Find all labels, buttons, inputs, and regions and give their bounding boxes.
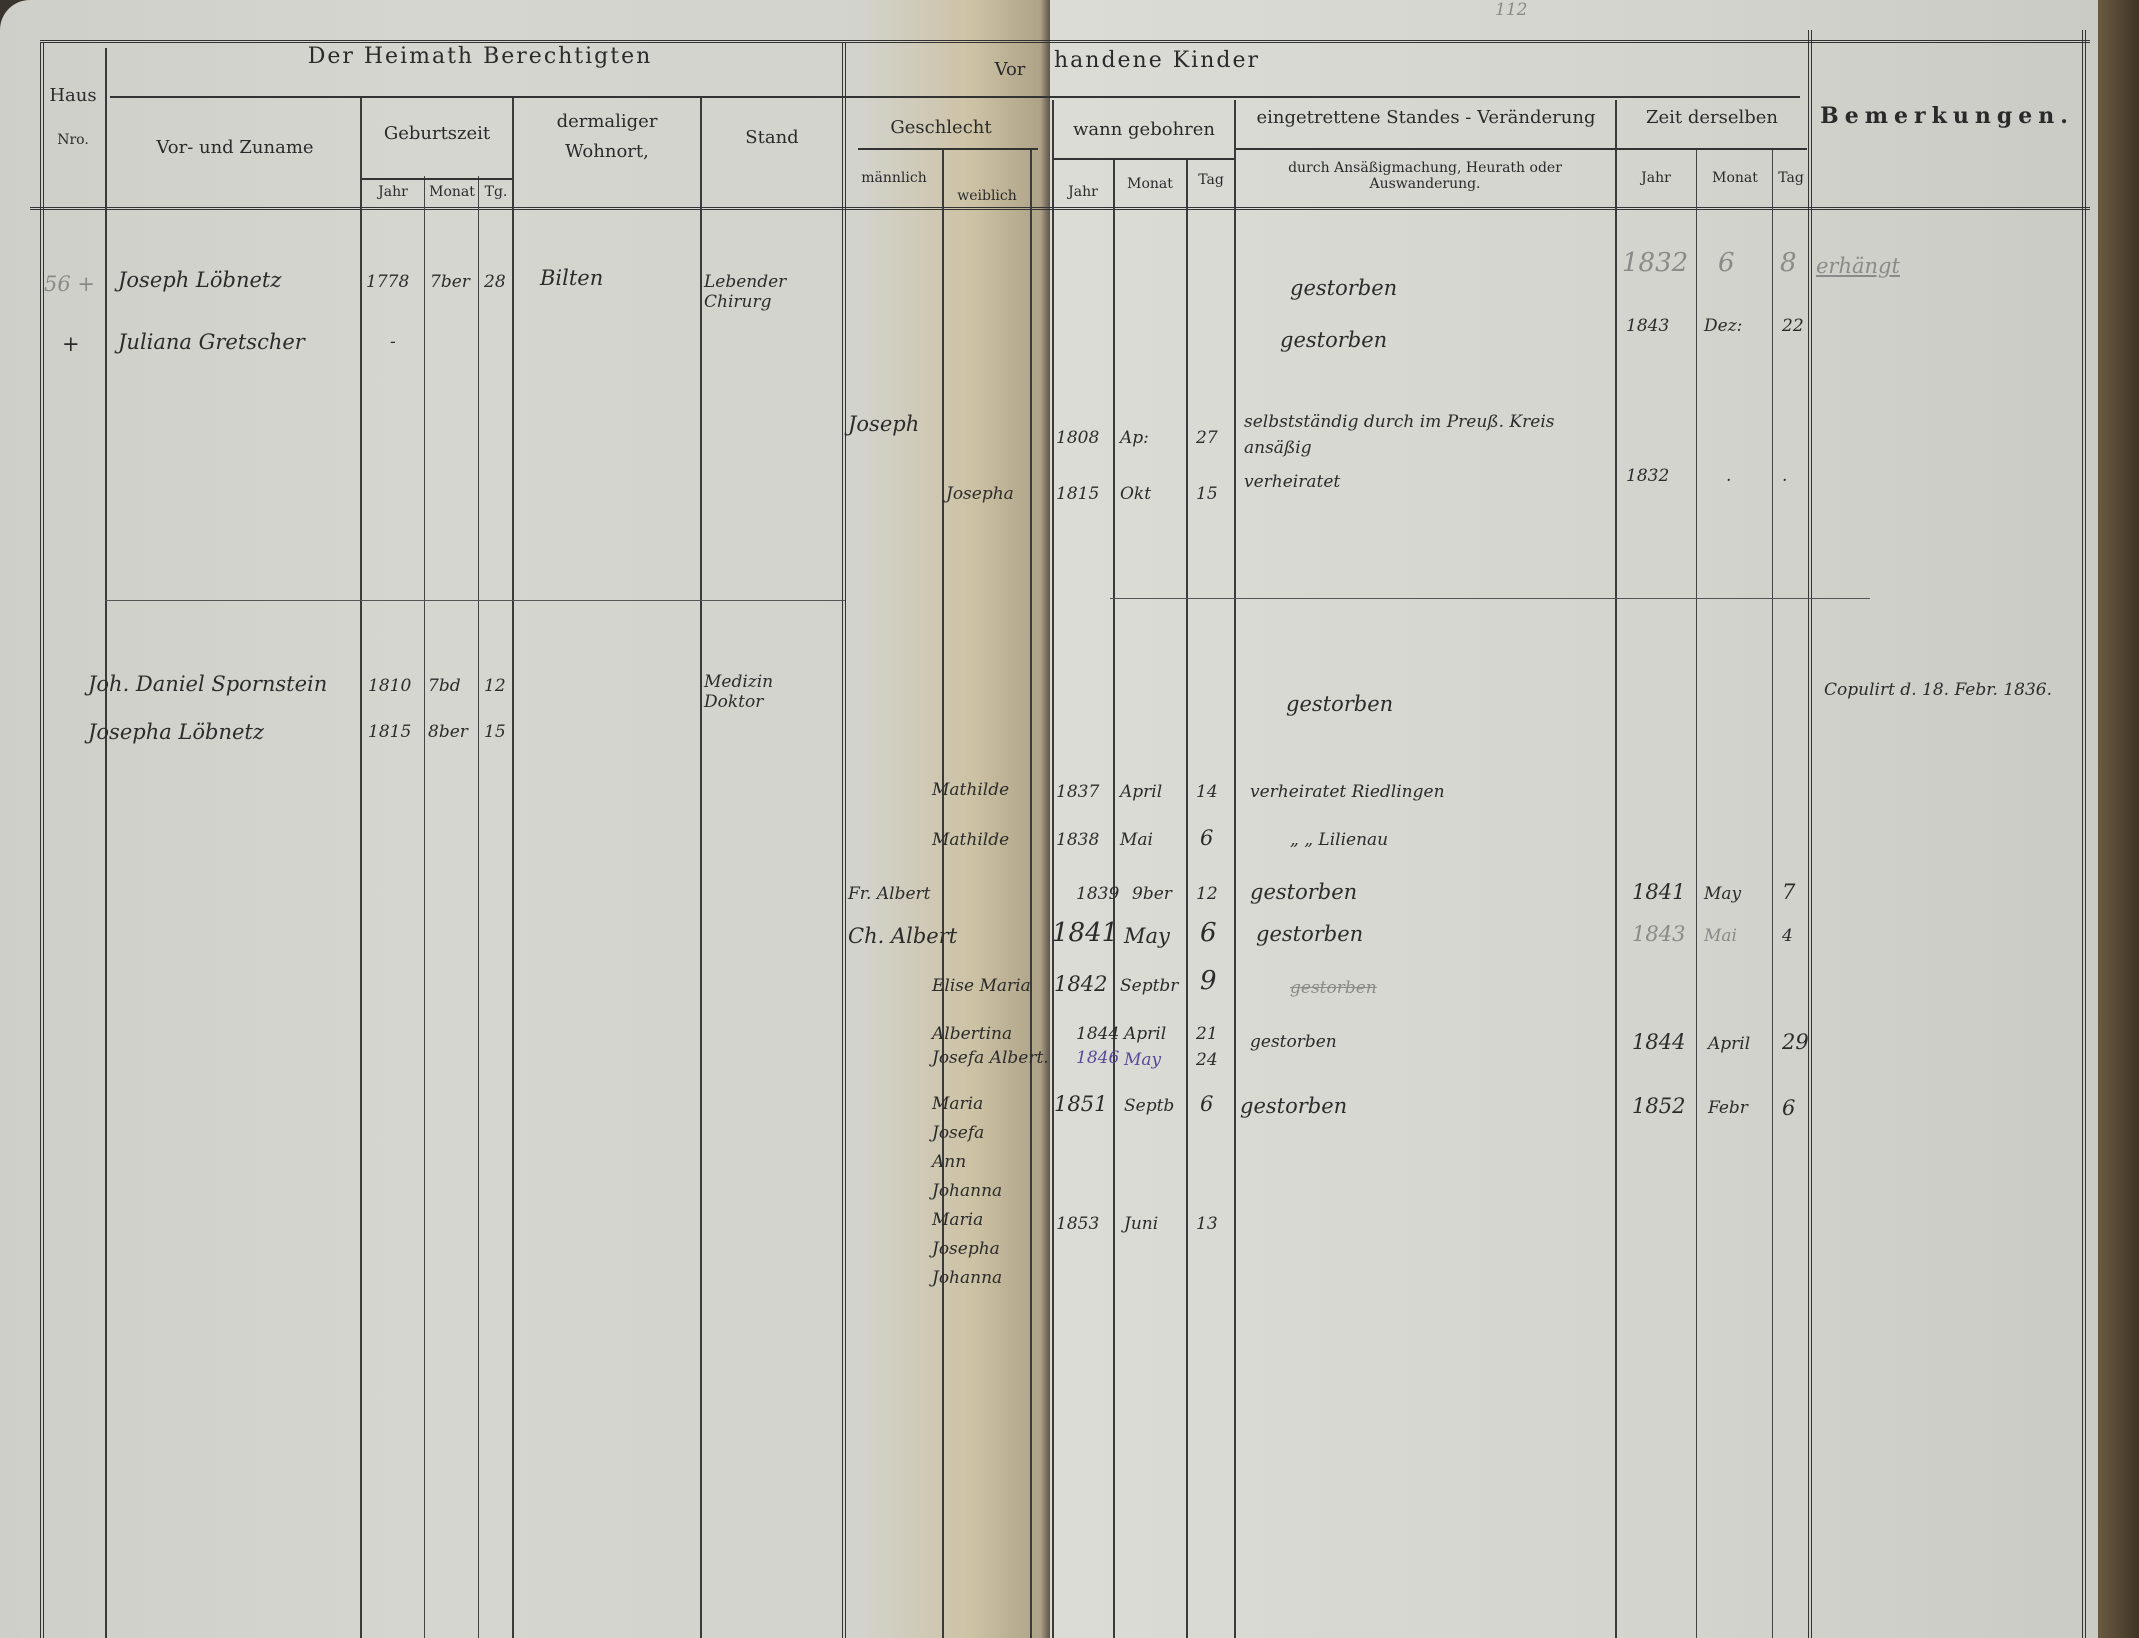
child2-7-jahr: 1846	[1076, 1048, 1119, 1068]
col-geburt-divider	[512, 98, 514, 1638]
col-wann-divider	[1234, 100, 1236, 1638]
wife2-jahr: 1815	[368, 722, 411, 742]
child2-2-jahr: 1838	[1056, 830, 1099, 850]
child2-6-female: Albertina	[932, 1024, 1012, 1044]
head-name: Joseph Löbnetz	[118, 268, 281, 292]
child2-4-tag: 6	[1200, 918, 1217, 948]
child2-8-zeit-tag: 6	[1782, 1096, 1795, 1120]
header-stand: Stand	[702, 128, 842, 149]
col-veraenderung-divider	[1615, 100, 1617, 1638]
head-monat: 7ber	[430, 272, 470, 292]
head-stand: Lebender Chirurg	[704, 272, 834, 312]
header-name: Vor- und Zuname	[110, 138, 360, 159]
child2-6-veraenderung: gestorben	[1250, 1032, 1337, 1052]
household-separator-right	[1110, 598, 1870, 599]
child-2-jahr: 1815	[1056, 484, 1099, 504]
child2-8-monat: Septb	[1124, 1096, 1174, 1116]
child-2-zeit-monat: .	[1726, 466, 1731, 486]
header-zeit-jahr: Jahr	[1617, 170, 1695, 186]
header-standes-veraenderung: eingetrettene Standes - Veränderung	[1238, 108, 1614, 129]
child2-5-monat: Septbr	[1120, 976, 1178, 996]
child2-1-jahr: 1837	[1056, 782, 1099, 802]
head-tag: 28	[484, 272, 506, 292]
child-2-tag: 15	[1196, 484, 1218, 504]
child2-1-tag: 14	[1196, 782, 1218, 802]
col-zeit-divider	[1808, 30, 1812, 1638]
header-wann-monat: Monat	[1115, 176, 1185, 192]
child2-7-monat: May	[1124, 1050, 1161, 1070]
veraenderung-sub-rule	[1236, 148, 1616, 150]
wife2-tag: 15	[484, 722, 506, 742]
head2-bemerkung: Copulirt d. 18. Febr. 1836.	[1824, 680, 2064, 700]
child2-4-monat: May	[1124, 924, 1170, 948]
header-haus: Haus	[42, 86, 104, 107]
left-title: Der Heimath Berechtigten	[200, 44, 760, 69]
child-2-female: Josepha	[946, 484, 1014, 504]
header-zeit-derselben: Zeit derselben	[1617, 108, 1807, 129]
header-veraenderung-sub: durch Ansäßigmachung, Heurath oder Auswa…	[1260, 160, 1590, 192]
geschlecht-sub-rule	[858, 148, 1038, 150]
child-1-jahr: 1808	[1056, 428, 1099, 448]
child2-3-zeit-monat: May	[1704, 884, 1741, 904]
header-geburt-monat: Monat	[426, 184, 478, 200]
col-name-divider	[360, 98, 362, 1638]
wife-zeit-jahr: 1843	[1626, 316, 1669, 336]
child-2-zeit-jahr: 1832	[1626, 466, 1669, 486]
col-r-monat-divider	[1186, 160, 1188, 1638]
col-zeit-monat-divider	[1772, 150, 1773, 1638]
child2-2-veraenderung: „ „ Lilienau	[1290, 830, 1388, 850]
child2-4-zeit-tag: 4	[1782, 926, 1793, 946]
child2-5-tag: 9	[1200, 966, 1217, 996]
header-zeit-monat: Monat	[1698, 170, 1772, 186]
child2-4-male: Ch. Albert	[848, 924, 957, 948]
child-1-male: Joseph	[848, 412, 919, 436]
child2-3-veraenderung: gestorben	[1250, 880, 1357, 904]
header-geburt-tag: Tg.	[480, 184, 512, 200]
zeit-sub-rule	[1617, 148, 1807, 150]
wife2-name: Josepha Löbnetz	[88, 720, 264, 744]
wife-name: Juliana Gretscher	[118, 330, 305, 354]
header-zeit-tag: Tag	[1774, 170, 1808, 186]
child2-5-female: Elise Maria	[932, 976, 1031, 996]
child2-6-zeit-monat: April	[1708, 1034, 1750, 1054]
child2-2-female: Mathilde	[932, 830, 1009, 850]
child-2-zeit-tag: .	[1782, 466, 1787, 486]
head2-monat: 7bd	[428, 676, 461, 696]
head2-name: Joh. Daniel Spornstein	[88, 672, 327, 696]
head2-stand: Medizin Doktor	[704, 672, 834, 712]
col-stand-divider	[842, 42, 846, 1638]
child2-6-zeit-jahr: 1844	[1632, 1030, 1685, 1054]
wife-veraenderung: gestorben	[1280, 328, 1387, 352]
child2-9-jahr: 1853	[1056, 1214, 1099, 1234]
child2-6-jahr: 1844	[1076, 1024, 1119, 1044]
header-nro: Nro.	[42, 132, 104, 148]
header-geburt-jahr: Jahr	[362, 184, 424, 200]
child2-8-tag: 6	[1200, 1092, 1213, 1116]
child2-6-zeit-tag: 29	[1782, 1030, 1809, 1054]
child2-3-male: Fr. Albert	[848, 884, 930, 904]
child2-3-tag: 12	[1196, 884, 1218, 904]
title-vor: Vor	[975, 60, 1045, 81]
page-number: 112	[1495, 0, 1527, 20]
frame-right	[2082, 30, 2086, 1638]
child2-8-female: Maria Josefa Ann Johanna	[932, 1090, 1022, 1206]
child2-8-veraenderung: gestorben	[1240, 1094, 1347, 1118]
col-zeit-jahr-divider	[1696, 150, 1697, 1638]
title-rule	[110, 96, 1800, 98]
child2-7-tag: 24	[1196, 1050, 1218, 1070]
header-geburtszeit: Geburtszeit	[362, 124, 512, 145]
child2-8-zeit-jahr: 1852	[1632, 1094, 1685, 1118]
head-jahr: 1778	[366, 272, 409, 292]
header-wann-gebohren: wann gebohren	[1054, 120, 1234, 141]
child2-6-tag: 21	[1196, 1024, 1218, 1044]
child2-9-tag: 13	[1196, 1214, 1218, 1234]
col-haus-divider	[105, 48, 107, 1638]
header-bemerkungen: Bemerkungen.	[1814, 104, 2080, 129]
child-1-tag: 27	[1196, 428, 1218, 448]
child2-3-zeit-jahr: 1841	[1632, 880, 1685, 904]
right-title: handene Kinder	[1050, 48, 1304, 73]
header-wohnort-2: Wohnort,	[514, 142, 700, 163]
child2-2-monat: Mai	[1120, 830, 1153, 850]
haus-nr: 56 +	[44, 272, 95, 296]
wife-jahr: -	[390, 332, 396, 352]
haus-nr-mark: +	[62, 332, 80, 356]
child2-1-monat: April	[1120, 782, 1162, 802]
child-2-monat: Okt	[1120, 484, 1151, 504]
child2-8-zeit-monat: Febr	[1708, 1098, 1748, 1118]
book-gutter	[860, 0, 1050, 1638]
child2-1-female: Mathilde	[932, 780, 1009, 800]
header-maennlich: männlich	[846, 170, 942, 186]
book-edge	[2098, 0, 2139, 1638]
wann-sub-rule	[1054, 158, 1234, 160]
col-monat-divider	[478, 176, 479, 1638]
head2-veraenderung: gestorben	[1286, 692, 1393, 716]
head-zeit-monat: 6	[1718, 248, 1735, 278]
head-veraenderung: gestorben	[1290, 276, 1397, 300]
left-page-edge-line	[1030, 150, 1032, 1638]
child2-1-veraenderung: verheiratet Riedlingen	[1250, 782, 1445, 802]
head-wohnort: Bilten	[540, 266, 603, 290]
child2-3-zeit-tag: 7	[1782, 880, 1795, 904]
child2-3-monat: 9ber	[1132, 884, 1172, 904]
child2-4-zeit-monat: Mai	[1704, 926, 1737, 946]
child-1-veraenderung: selbstständig durch im Preuß. Kreis ansä…	[1244, 410, 1574, 461]
header-wohnort-1: dermaliger	[514, 112, 700, 133]
wife-zeit-tag: 22	[1782, 316, 1804, 336]
geburtszeit-sub-rule	[362, 178, 512, 180]
child2-4-veraenderung: gestorben	[1256, 922, 1363, 946]
child2-5-veraenderung: gestorben	[1290, 978, 1377, 998]
child2-7-female: Josefa Albert.	[932, 1048, 1049, 1068]
header-wann-jahr: Jahr	[1054, 184, 1112, 200]
header-bottom-rule	[30, 207, 2090, 213]
child2-6-monat: April	[1124, 1024, 1166, 1044]
child2-9-monat: Juni	[1124, 1214, 1158, 1234]
col-jahr-divider	[424, 176, 425, 1638]
col-wohnort-divider	[700, 98, 702, 1638]
head2-tag: 12	[484, 676, 506, 696]
child-2-veraenderung: verheiratet	[1244, 472, 1340, 492]
head2-jahr: 1810	[368, 676, 411, 696]
right-frame-left	[1052, 100, 1054, 1638]
child2-9-female: Maria Josepha Johanna	[932, 1206, 1022, 1293]
head-zeit-jahr: 1832	[1622, 248, 1688, 278]
wife2-monat: 8ber	[428, 722, 468, 742]
child2-5-jahr: 1842	[1054, 972, 1107, 996]
child-1-monat: Ap:	[1120, 428, 1149, 448]
header-wann-tag: Tag	[1188, 172, 1234, 188]
child2-4-zeit-jahr: 1843	[1632, 922, 1685, 946]
right-page	[1048, 0, 2098, 1638]
header-geschlecht: Geschlecht	[846, 118, 1036, 139]
head-bemerkung: erhängt	[1816, 254, 1900, 278]
col-geschlecht-divider	[942, 150, 944, 1638]
household-separator-left	[105, 600, 845, 601]
child2-2-tag: 6	[1200, 826, 1213, 850]
wife-zeit-monat: Dez:	[1704, 316, 1742, 336]
child2-3-jahr: 1839	[1076, 884, 1119, 904]
head-zeit-tag: 8	[1780, 248, 1797, 278]
child2-8-jahr: 1851	[1054, 1092, 1107, 1116]
header-weiblich: weiblich	[944, 188, 1030, 204]
child2-4-jahr: 1841	[1052, 918, 1118, 948]
